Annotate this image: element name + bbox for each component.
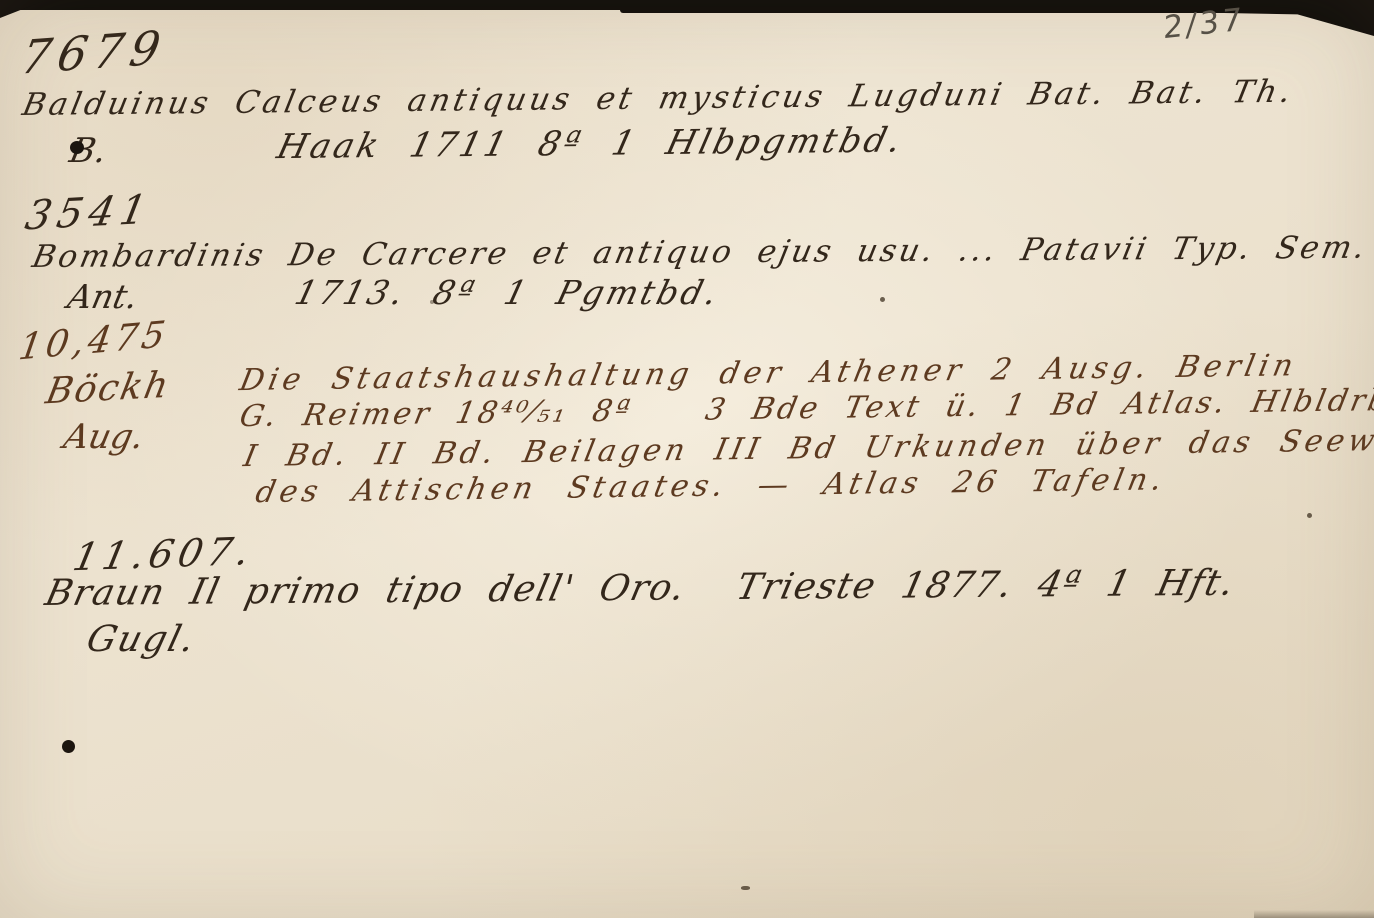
entry-4-title: Braun Il primo tipo dell' Oro. Trieste 1… <box>42 566 1238 612</box>
ink-blot <box>70 141 84 154</box>
paper-speck <box>741 886 750 890</box>
entry-4-signature: Gugl. <box>83 622 200 658</box>
entry-3-author-first: Aug. <box>61 420 147 454</box>
entry-2-holding-mark: Ant. <box>65 280 141 313</box>
paper-speck <box>1307 513 1312 518</box>
entry-4-number: 11.607. <box>70 532 258 577</box>
paper-speck <box>880 297 885 302</box>
entry-1-imprint: Haak 1711 8ª 1 Hlbpgmtbd. <box>274 123 907 164</box>
card-bottom-edge-shadow <box>1254 910 1374 918</box>
entry-3-number: 10,475 <box>16 317 171 367</box>
entry-1-number: 7679 <box>18 24 171 81</box>
entry-2-number: 3541 <box>22 189 155 236</box>
paper-speck <box>430 300 434 304</box>
entry-3-line-3: I Bd. II Bd. Beilagen III Bd Urkunden üb… <box>241 425 1374 472</box>
entry-2-imprint: 1713. 8ª 1 Pgmtbd. <box>292 276 723 309</box>
catalog-card: 2/37 7679 Balduinus Calceus antiquus et … <box>0 0 1374 918</box>
entry-1-title: Balduinus Calceus antiquus et mysticus L… <box>20 77 1297 121</box>
ink-blot <box>62 740 75 753</box>
entry-2-title: Bombardinis De Carcere et antiquo ejus u… <box>30 233 1371 273</box>
entry-3-author: Böckh <box>43 368 173 411</box>
pencil-annotation: 2/37 <box>1163 1 1245 46</box>
